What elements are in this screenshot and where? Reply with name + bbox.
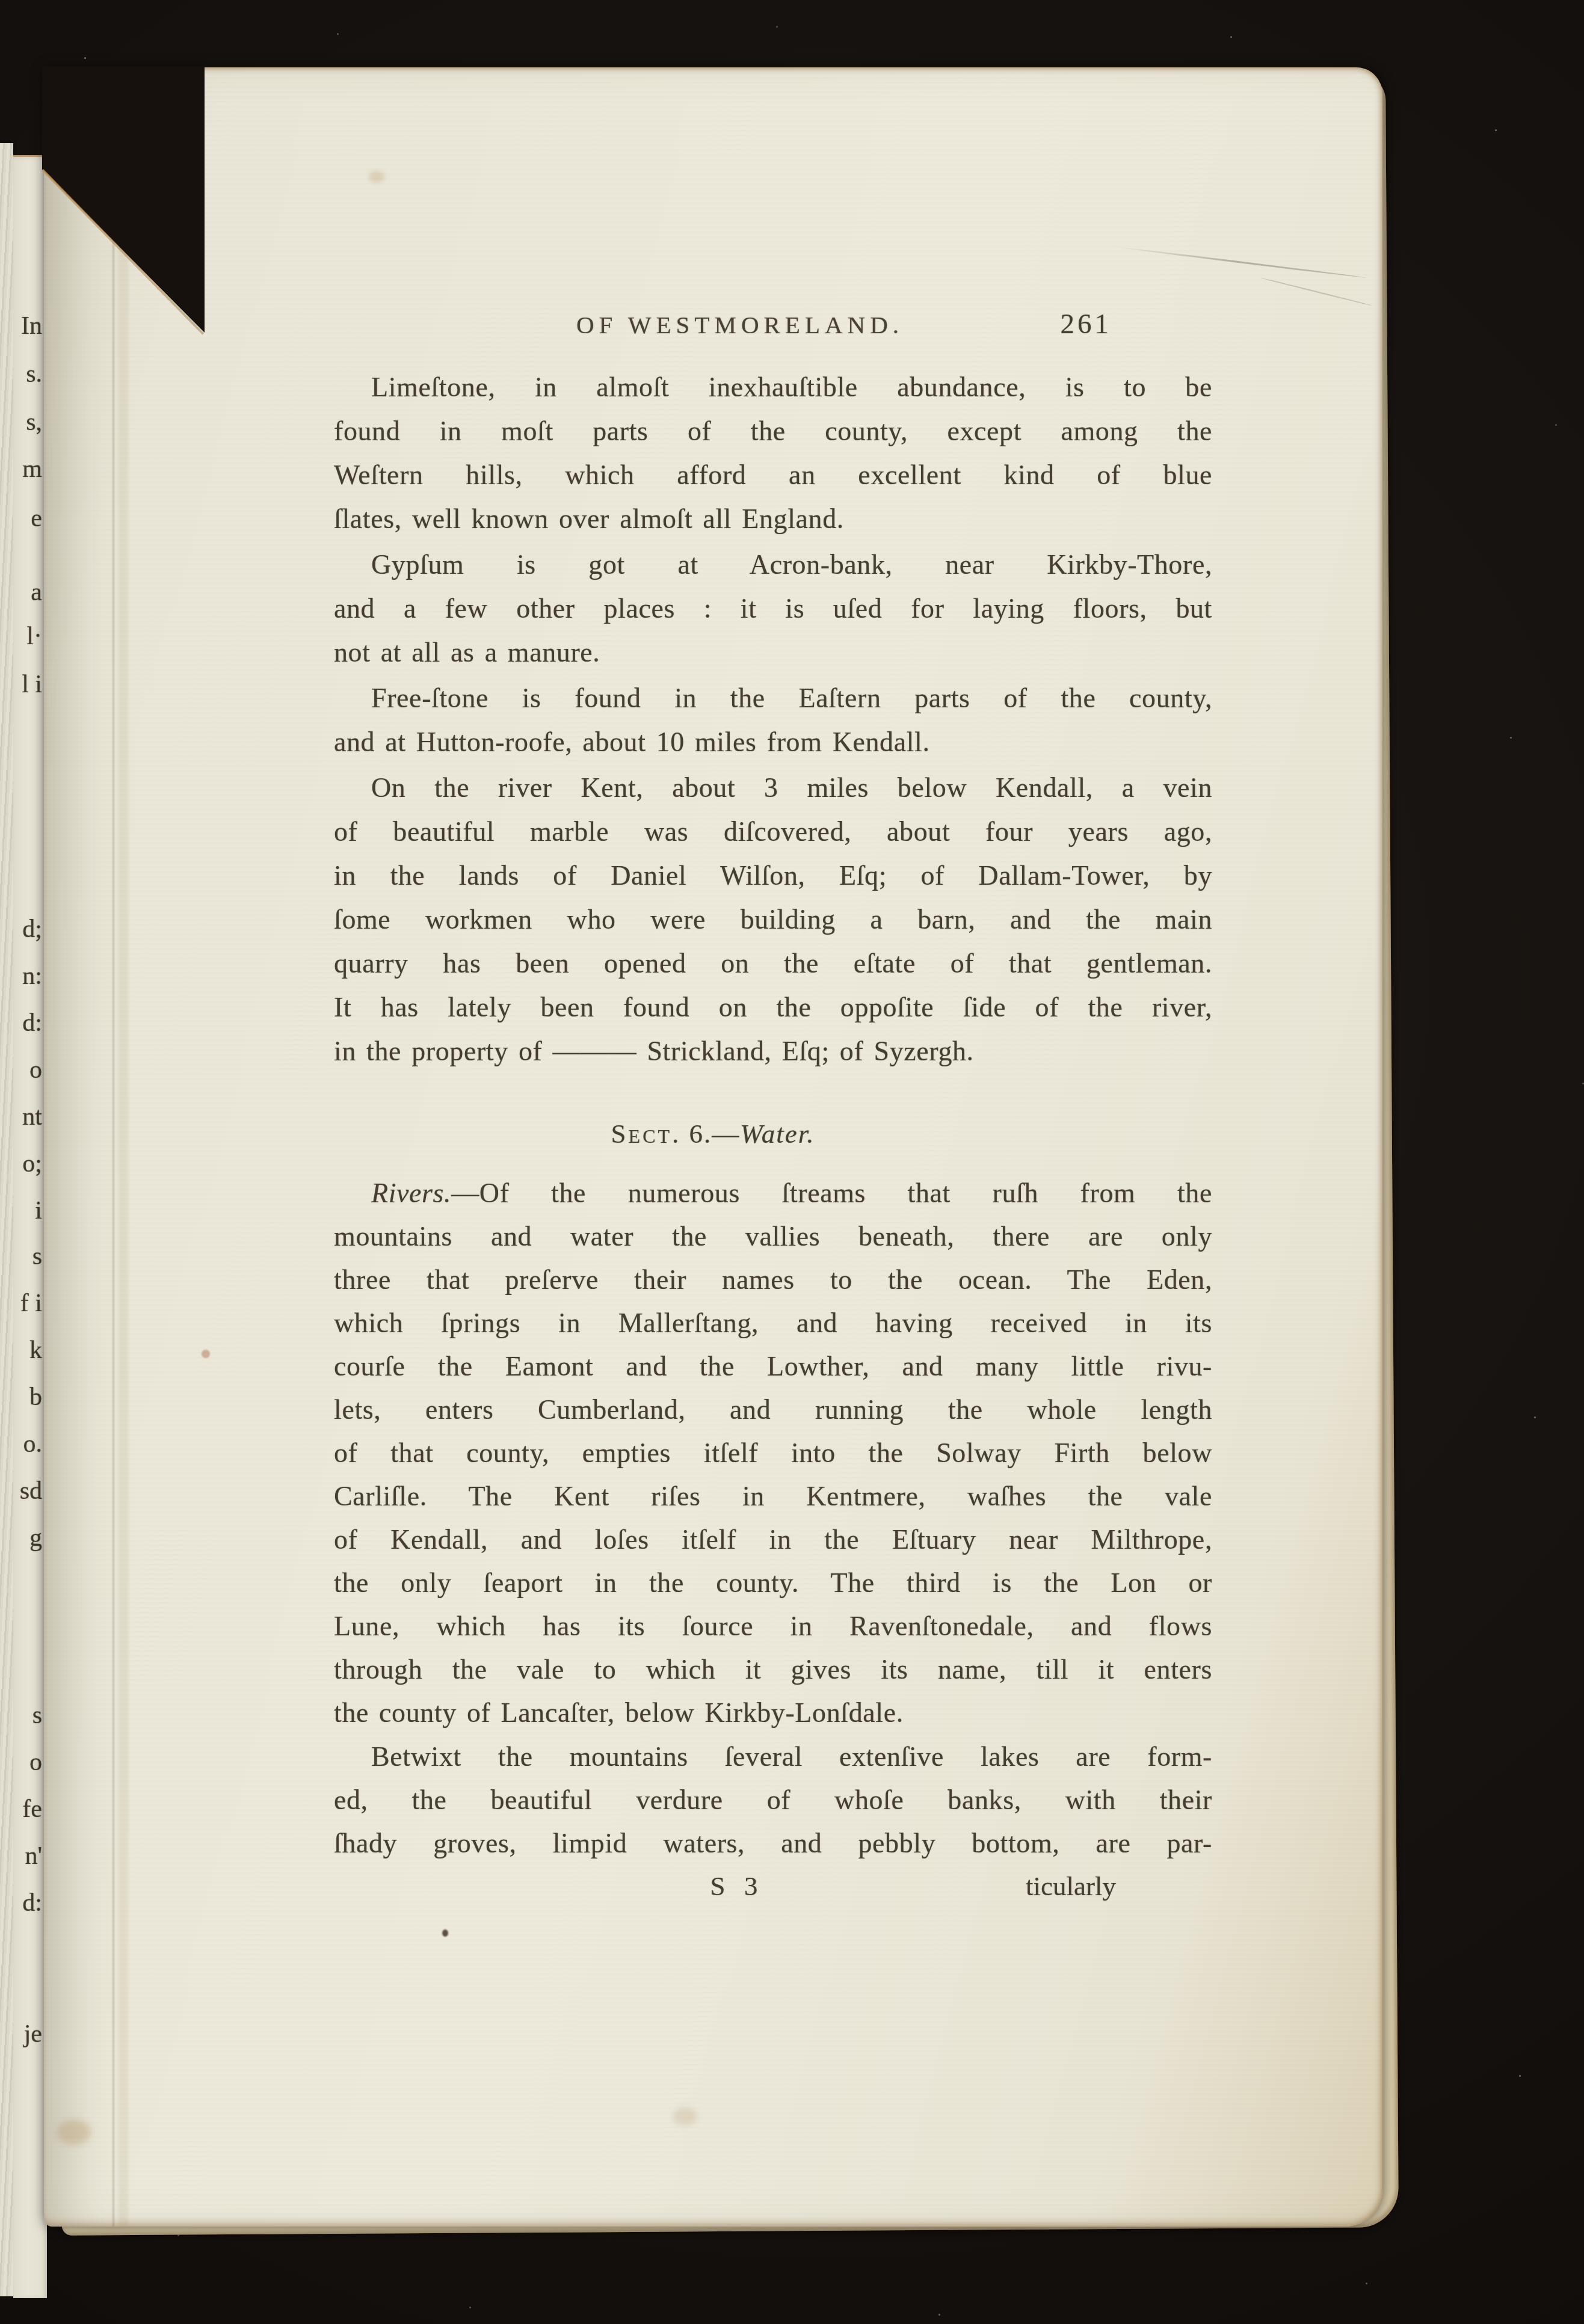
- body-line: and a few other places : it is uſed for …: [334, 591, 1212, 627]
- body-line: not at all as a manure.: [334, 635, 1212, 671]
- previous-page-edge: In s. s, m e a l· l i d; n: d: o nt o; i…: [13, 155, 47, 2298]
- edge-fragment: o;: [22, 1150, 42, 1178]
- body-line: and at Hutton-roofe, about 10 miles from…: [334, 724, 1212, 760]
- body-line: Betwixt the mountains ſeveral extenſive …: [334, 1739, 1212, 1775]
- body-line: three that preſerve their names to the o…: [334, 1262, 1212, 1298]
- body-line: the only ſeaport in the county. The thir…: [334, 1565, 1212, 1601]
- running-header-title: OF WESTMORELAND.: [576, 310, 904, 339]
- body-line: of that county, empties itſelf into the …: [334, 1435, 1212, 1471]
- signature-mark: S 3: [710, 1871, 764, 1902]
- section-dash: —: [712, 1119, 740, 1149]
- edge-fragment: s,: [26, 408, 42, 436]
- text-column: OF WESTMORELAND. 261 Limeſtone, in almoſ…: [334, 67, 1212, 2227]
- section-number: 6.: [681, 1119, 712, 1149]
- edge-fragment: s.: [26, 360, 42, 388]
- rivers-lead-rest: —Of the numerous ſtreams that ruſh from …: [451, 1178, 1212, 1208]
- edge-fragment: o.: [23, 1430, 43, 1458]
- page-number: 261: [1061, 308, 1112, 340]
- edge-fragment: s: [32, 1701, 42, 1729]
- body-line: of Kendall, and loſes itſelf in the Eſtu…: [334, 1522, 1212, 1558]
- body-line: ſome workmen who were building a barn, a…: [334, 902, 1212, 938]
- edge-fragment: m: [22, 455, 42, 483]
- section-heading: Sect. 6.—Water.: [334, 1118, 1212, 1154]
- body-line: of beautiful marble was diſcovered, abou…: [334, 814, 1212, 850]
- gutter-stain-streak: [119, 67, 128, 2227]
- edge-fragment: d;: [22, 915, 42, 943]
- edge-fragment: l i: [22, 671, 42, 698]
- footer-row: S 3 ticularly: [334, 1871, 1212, 1913]
- edge-fragment: i: [35, 1197, 42, 1225]
- scanned-book-photo: { "scan": { "header": { "title": "OF WES…: [0, 0, 1584, 2324]
- edge-fragment: o: [29, 1056, 42, 1084]
- edge-fragment: s: [32, 1243, 42, 1270]
- body-line: mountains and water the vallies beneath,…: [334, 1219, 1212, 1255]
- edge-fragment: sd: [20, 1477, 42, 1505]
- body-line: in the property of ——— Strickland, Eſq; …: [334, 1033, 1212, 1069]
- edge-fragment: a: [31, 579, 42, 606]
- edge-fragment: In: [21, 312, 42, 340]
- edge-fragment: nt: [22, 1103, 42, 1131]
- body-line: Lune, which has its ſource in Ravenſtone…: [334, 1608, 1212, 1644]
- rivers-lead-italic: Rivers.: [371, 1178, 451, 1208]
- stain: [202, 1350, 210, 1358]
- body-line: Rivers.—Of the numerous ſtreams that ruſ…: [334, 1175, 1212, 1211]
- edge-fragment: je: [24, 2020, 42, 2048]
- edge-fragment: k: [29, 1336, 42, 1364]
- body-line: On the river Kent, about 3 miles below K…: [334, 770, 1212, 806]
- edge-fragment: g: [29, 1524, 42, 1552]
- body-line: quarry has been opened on the eſtate of …: [334, 945, 1212, 982]
- body-line: Free-ſtone is found in the Eaſtern parts…: [334, 680, 1212, 716]
- edge-fragment: b: [29, 1383, 42, 1411]
- body-line: through the vale to which it gives its n…: [334, 1652, 1212, 1688]
- stain: [57, 2120, 91, 2145]
- body-line: It has lately been found on the oppoſite…: [334, 989, 1212, 1025]
- edge-fragment: o: [29, 1748, 42, 1776]
- background-dust-specks: [84, 57, 86, 59]
- edge-fragment: fe: [22, 1795, 42, 1823]
- edge-fragment: n': [25, 1842, 42, 1870]
- edge-fragment: d:: [22, 1889, 42, 1917]
- edge-fragment: l·: [26, 622, 42, 650]
- book-page: OF WESTMORELAND. 261 Limeſtone, in almoſ…: [44, 67, 1382, 2227]
- body-line: ſlates, well known over almoſt all Engla…: [334, 501, 1212, 537]
- running-header: OF WESTMORELAND. 261: [334, 310, 1212, 346]
- gutter-crease: [112, 67, 114, 2227]
- paper-crease-small: [1261, 277, 1372, 306]
- body-line: found in moſt parts of the county, excep…: [334, 413, 1212, 449]
- body-line: Weſtern hills, which afford an excellent…: [334, 457, 1212, 493]
- body-line: lets, enters Cumberland, and running the…: [334, 1392, 1212, 1428]
- body-line: in the lands of Daniel Wilſon, Eſq; of D…: [334, 858, 1212, 894]
- body-line: Carliſle. The Kent riſes in Kentmere, wa…: [334, 1478, 1212, 1514]
- edge-fragment: f i: [20, 1290, 42, 1317]
- section-label: Sect.: [611, 1119, 682, 1149]
- body-line: the county of Lancaſter, below Kirkby-Lo…: [334, 1695, 1212, 1731]
- edge-fragment: n:: [22, 962, 42, 990]
- body-line: Gypſum is got at Acron-bank, near Kirkby…: [334, 547, 1212, 583]
- catchword: ticularly: [1026, 1871, 1116, 1902]
- body-line: courſe the Eamont and the Lowther, and m…: [334, 1348, 1212, 1385]
- edge-fragment: e: [31, 505, 42, 532]
- body-line: ed, the beautiful verdure of whoſe banks…: [334, 1782, 1212, 1818]
- body-line: which ſprings in Mallerſtang, and having…: [334, 1305, 1212, 1341]
- section-title: Water.: [740, 1119, 815, 1149]
- body-line: Limeſtone, in almoſt inexhauſtible abund…: [334, 369, 1212, 405]
- book-fore-edge-stack: [0, 143, 13, 2296]
- edge-fragment: d:: [22, 1009, 42, 1037]
- body-line: ſhady groves, limpid waters, and pebbly …: [334, 1825, 1212, 1861]
